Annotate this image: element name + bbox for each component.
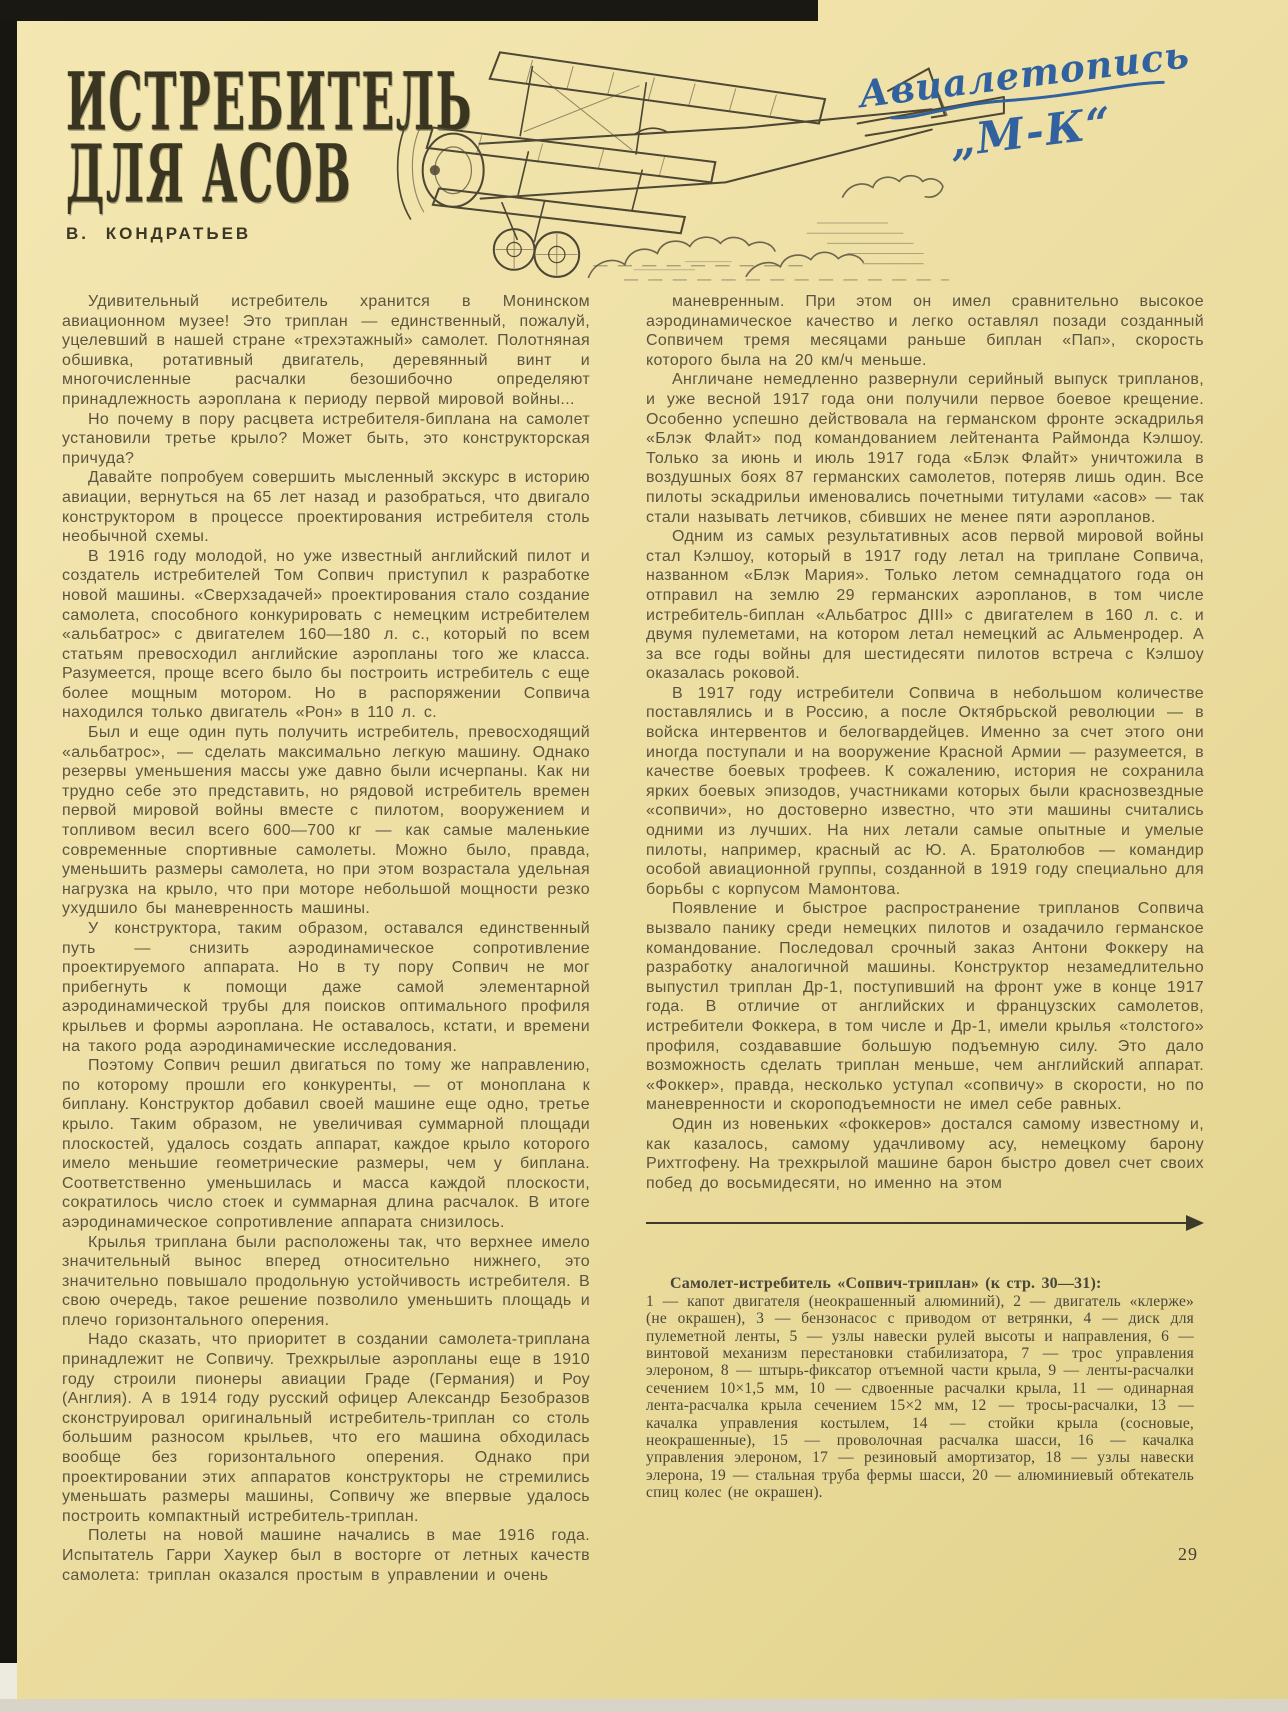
continuation-arrow-head — [1186, 1215, 1204, 1231]
continuation-arrow — [646, 1217, 1204, 1229]
article-column-left: Удивительный истребитель хранится в Мони… — [62, 292, 590, 1585]
author-byline: В. КОНДРАТЬЕВ — [66, 224, 251, 244]
paragraph: Англичане немедленно развернули серийный… — [646, 370, 1204, 527]
continuation-arrow-rule — [646, 1222, 1190, 1224]
paragraph: В 1917 году истребители Сопвича в неболь… — [646, 684, 1204, 900]
paragraph: Полеты на новой машине начались в мае 19… — [62, 1526, 590, 1585]
paragraph: Поэтому Сопвич решил двигаться по тому ж… — [62, 1056, 590, 1232]
caption-heading: Самолет-истребитель «Сопвич-триплан» (к … — [646, 1275, 1194, 1292]
article-column-right-text: маневренным. При этом он имел сравнитель… — [646, 292, 1204, 1193]
paragraph: Крылья триплана были расположены так, чт… — [62, 1233, 590, 1331]
scan-edge-top — [0, 0, 818, 21]
magazine-page: ИСТРЕБИТЕЛЬ ДЛЯ АСОВ В. КОНДРАТЬЕВ — [0, 0, 1288, 1712]
paragraph: маневренным. При этом он имел сравнитель… — [646, 292, 1204, 370]
paragraph: У конструктора, таким образом, оставался… — [62, 919, 590, 1056]
drawing-caption: Самолет-истребитель «Сопвич-триплан» (к … — [646, 1275, 1194, 1501]
article-body: Удивительный истребитель хранится в Мони… — [62, 292, 1204, 1585]
caption-body: 1 — капот двигателя (неокрашенный алюмин… — [646, 1293, 1194, 1502]
paragraph: Один из новеньких «фоккеров» достался са… — [646, 1115, 1204, 1193]
paragraph: Давайте попробуем совершить мысленный эк… — [62, 468, 590, 546]
paragraph: Был и еще один путь получить истребитель… — [62, 723, 590, 919]
paragraph: Но почему в пору расцвета истребителя-би… — [62, 410, 590, 469]
paragraph: Появление и быстрое распространение трип… — [646, 899, 1204, 1115]
page-number: 29 — [646, 1544, 1204, 1565]
scan-edge-bottom — [0, 1699, 1288, 1712]
scan-edge-left — [0, 0, 17, 1663]
paragraph: Надо сказать, что приоритет в создании с… — [62, 1330, 590, 1526]
paragraph: Удивительный истребитель хранится в Мони… — [62, 292, 590, 410]
paragraph: Одним из самых результативных асов перво… — [646, 527, 1204, 684]
paragraph: В 1916 году молодой, но уже известный ан… — [62, 547, 590, 723]
article-column-right: маневренным. При этом он имел сравнитель… — [646, 292, 1204, 1585]
